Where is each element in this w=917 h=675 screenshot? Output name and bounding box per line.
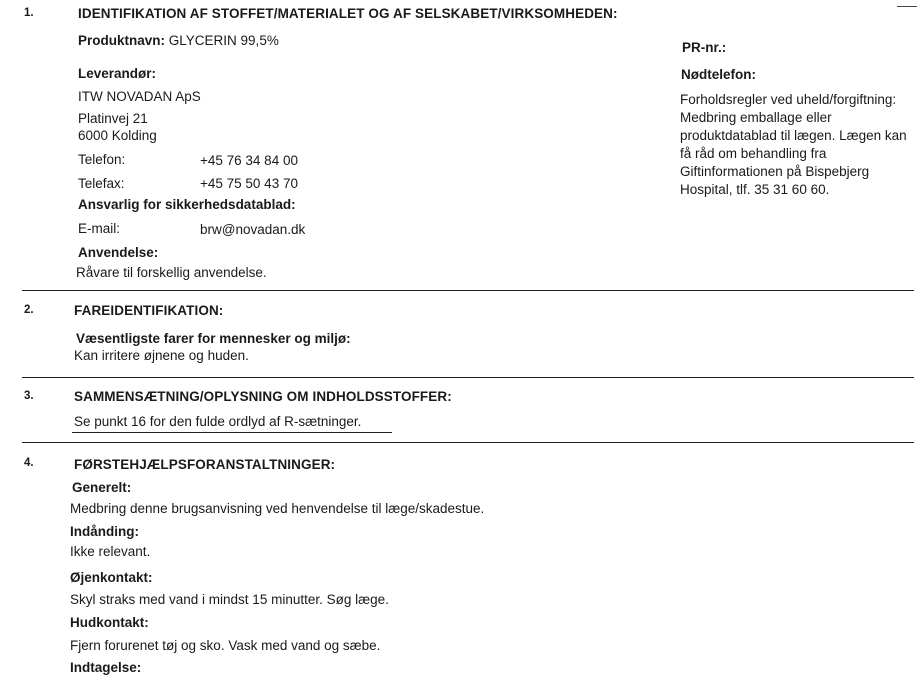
section-divider — [22, 442, 914, 443]
section-title: FAREIDENTIFIKATION: — [74, 303, 223, 318]
phone-value: +45 76 34 84 00 — [200, 153, 298, 168]
product-name-value: GLYCERIN 99,5% — [169, 33, 279, 48]
section-divider — [22, 377, 914, 378]
responsible-label: Ansvarlig for sikkerhedsdatablad: — [78, 197, 296, 212]
general-label: Generelt: — [72, 480, 131, 495]
emergency-phone-label: Nødtelefon: — [681, 67, 756, 82]
hazard-value: Kan irritere øjnene og huden. — [74, 348, 249, 363]
section-number: 4. — [24, 457, 34, 469]
phone-label: Telefon: — [78, 152, 125, 167]
emergency-instructions: Forholdsregler ved uheld/forgiftning: Me… — [680, 91, 910, 199]
email-value: brw@novadan.dk — [200, 222, 305, 237]
page-edge-mark — [897, 6, 917, 7]
product-name-label: Produktnavn: — [78, 33, 165, 48]
company-name: ITW NOVADAN ApS — [78, 89, 201, 104]
fax-label: Telefax: — [78, 176, 125, 191]
text-underline — [72, 432, 392, 433]
hazard-label: Væsentligste farer for mennesker og milj… — [76, 331, 351, 346]
ingestion-label: Indtagelse: — [70, 660, 141, 675]
fax-value: +45 75 50 43 70 — [200, 176, 298, 191]
general-value: Medbring denne brugsanvisning ved henven… — [70, 501, 484, 516]
eye-contact-value: Skyl straks med vand i mindst 15 minutte… — [70, 592, 389, 607]
section-title: IDENTIFIKATION AF STOFFET/MATERIALET OG … — [78, 6, 618, 21]
skin-contact-value: Fjern forurenet tøj og sko. Vask med van… — [70, 638, 380, 653]
section-number: 1. — [24, 7, 34, 19]
composition-text: Se punkt 16 for den fulde ordlyd af R-sæ… — [74, 414, 361, 429]
inhalation-value: Ikke relevant. — [70, 544, 150, 559]
section-number: 2. — [24, 304, 34, 316]
use-label: Anvendelse: — [78, 245, 158, 260]
eye-contact-label: Øjenkontakt: — [70, 570, 153, 585]
section-title: SAMMENSÆTNING/OPLYSNING OM INDHOLDSSTOFF… — [74, 389, 452, 404]
product-name: Produktnavn: GLYCERIN 99,5% — [78, 33, 279, 48]
supplier-label: Leverandør: — [78, 66, 156, 81]
email-label: E-mail: — [78, 221, 120, 236]
city-address: 6000 Kolding — [78, 128, 157, 143]
section-number: 3. — [24, 390, 34, 402]
use-value: Råvare til forskellig anvendelse. — [76, 265, 267, 280]
section-divider — [22, 290, 914, 291]
pr-number-label: PR-nr.: — [682, 40, 726, 55]
street-address: Platinvej 21 — [78, 111, 148, 126]
section-title: FØRSTEHJÆLPSFORANSTALTNINGER: — [74, 457, 335, 472]
inhalation-label: Indånding: — [70, 524, 139, 539]
skin-contact-label: Hudkontakt: — [70, 615, 149, 630]
